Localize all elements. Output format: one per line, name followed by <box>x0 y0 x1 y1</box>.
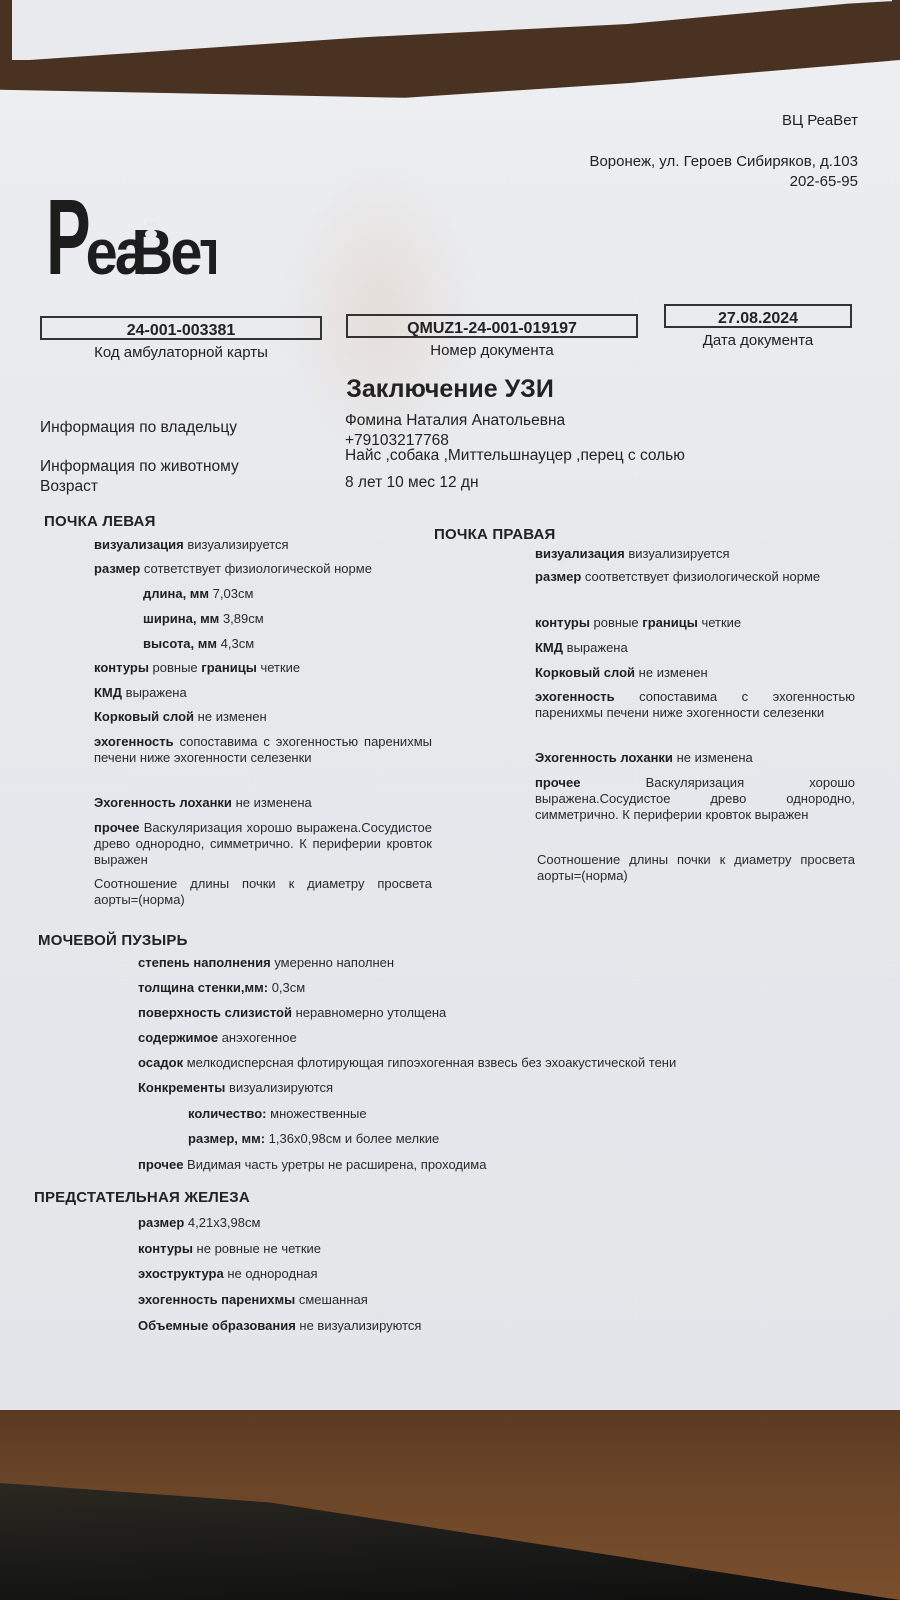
kidney-left-row: визуализация визуализируется <box>94 537 289 553</box>
row-value: 0,3см <box>272 980 306 995</box>
row-key: Эхогенность лоханки <box>535 750 673 765</box>
row-key: содержимое <box>138 1030 218 1045</box>
row-key: степень наполнения <box>138 955 271 970</box>
row-key: длина, мм <box>143 586 209 601</box>
row-key: размер <box>535 569 581 584</box>
row-key: контуры <box>138 1241 193 1256</box>
bladder-row: прочее Видимая часть уретры не расширена… <box>138 1157 486 1173</box>
kidney-right-row: контуры ровные границы четкие <box>535 615 741 631</box>
kidney-left-heading: ПОЧКА ЛЕВАЯ <box>44 513 156 530</box>
kidney-right-row: размер соответствует физиологической нор… <box>535 569 855 585</box>
background-sheet <box>12 0 892 60</box>
kidney-right-heading: ПОЧКА ПРАВАЯ <box>434 526 556 543</box>
row-value: не однородная <box>227 1266 317 1281</box>
row-value: Васкуляризация хорошо выражена.Сосудисто… <box>535 775 855 822</box>
row-key: Корковый слой <box>535 665 635 680</box>
row-value: Васкуляризация хорошо выражена.Сосудисто… <box>94 820 432 867</box>
row-value: выражена <box>126 685 187 700</box>
kidney-left-row: Корковый слой не изменен <box>94 709 267 725</box>
kidney-left-row: контуры ровные границы четкие <box>94 660 300 676</box>
row-value: ровные <box>153 660 198 675</box>
row-key: эхогенность паренихмы <box>138 1292 295 1307</box>
row-key: КМД <box>94 685 122 700</box>
kidney-right-row: Корковый слой не изменен <box>535 665 708 681</box>
clinic-phone: 202-65-95 <box>589 172 858 192</box>
row-key: эхогенность <box>94 734 174 749</box>
kidney-right-row: КМД выражена <box>535 640 628 656</box>
clinic-address: Воронеж, ул. Героев Сибиряков, д.103 <box>589 152 858 172</box>
row-value: соответствует физиологической норме <box>585 569 820 584</box>
prostate-heading: ПРЕДСТАТЕЛЬНАЯ ЖЕЛЕЗА <box>34 1189 250 1206</box>
row-key: прочее <box>94 820 139 835</box>
kidney-left-row: длина, мм 7,03см <box>143 586 253 602</box>
kidney-left-row: размер сответствует физиологической норм… <box>94 561 372 577</box>
row-value: не изменен <box>639 665 708 680</box>
row-key: размер <box>138 1215 184 1230</box>
row-value: не изменена <box>677 750 753 765</box>
row-value: визуализируется <box>628 546 729 561</box>
row-value: 1,36х0,98см и более мелкие <box>269 1131 440 1146</box>
animal-label: Информация по животному <box>40 457 239 477</box>
document-date-value: 27.08.2024 <box>664 304 852 328</box>
row-value: четкие <box>701 615 741 630</box>
clinic-logo: Р еа Вет <box>46 186 216 283</box>
document-date-label: Дата документа <box>664 332 852 349</box>
row-key: прочее <box>138 1157 183 1172</box>
kidney-left-row: прочее Васкуляризация хорошо выражена.Со… <box>94 820 432 868</box>
row-key: осадок <box>138 1055 183 1070</box>
row-value: 7,03см <box>213 586 254 601</box>
prostate-row: контуры не ровные не четкие <box>138 1241 321 1257</box>
kidney-left-row: высота, мм 4,3см <box>143 636 254 652</box>
row-key: прочее <box>535 775 580 790</box>
row-value: не изменена <box>236 795 312 810</box>
row-key: количество: <box>188 1106 267 1121</box>
row-key: границы <box>201 660 257 675</box>
age-value: 8 лет 10 мес 12 дн <box>345 473 479 493</box>
bladder-row: осадок мелкодисперсная флотирующая гипоэ… <box>138 1055 676 1071</box>
row-value: анэхогенное <box>222 1030 297 1045</box>
kidney-right-row: эхогенность сопоставима с эхогенностью п… <box>535 689 855 721</box>
row-key: размер <box>94 561 140 576</box>
row-value: множественные <box>270 1106 367 1121</box>
bladder-row: количество: множественные <box>188 1106 367 1122</box>
row-key: Эхогенность лоханки <box>94 795 232 810</box>
row-value: выражена <box>567 640 628 655</box>
clinic-contacts: Воронеж, ул. Героев Сибиряков, д.103 202… <box>589 152 858 192</box>
owner-name: Фомина Наталия Анатольевна <box>345 411 565 431</box>
page-title: Заключение УЗИ <box>0 375 900 404</box>
row-value: четкие <box>260 660 300 675</box>
logo-graphic: Р еа Вет <box>46 186 216 278</box>
row-value: мелкодисперсная флотирующая гипоэхогенна… <box>187 1055 677 1070</box>
field-document-number: QMUZ1-24-001-019197 Номер документа <box>346 314 638 359</box>
bladder-row: степень наполнения умеренно наполнен <box>138 955 394 971</box>
row-value: визуализируются <box>229 1080 333 1095</box>
row-key: визуализация <box>535 546 625 561</box>
prostate-row: Объемные образования не визуализируются <box>138 1318 421 1334</box>
animal-value: Найс ,собака ,Миттельшнауцер ,перец с со… <box>345 446 685 466</box>
row-value: умеренно наполнен <box>274 955 394 970</box>
bladder-row: толщина стенки,мм: 0,3см <box>138 980 305 996</box>
bladder-row: поверхность слизистой неравномерно утолщ… <box>138 1005 446 1021</box>
row-value: смешанная <box>299 1292 368 1307</box>
kidney-left-row: ширина, мм 3,89см <box>143 611 264 627</box>
row-value: не ровные не четкие <box>197 1241 321 1256</box>
prostate-row: эхоструктура не однородная <box>138 1266 318 1282</box>
svg-text:Р: Р <box>46 186 91 278</box>
row-value: неравномерно утолщена <box>296 1005 447 1020</box>
row-key: поверхность слизистой <box>138 1005 292 1020</box>
row-value: визуализируется <box>187 537 288 552</box>
row-key: эхоструктура <box>138 1266 224 1281</box>
row-key: эхогенность <box>535 689 615 704</box>
row-key: визуализация <box>94 537 184 552</box>
kidney-right-row: визуализация визуализируется <box>535 546 730 562</box>
card-code-label: Код амбулаторной карты <box>40 344 322 361</box>
bladder-row: размер, мм: 1,36х0,98см и более мелкие <box>188 1131 439 1147</box>
kidney-right-row: прочее Васкуляризация хорошо выражена.Со… <box>535 775 855 823</box>
row-key: контуры <box>535 615 590 630</box>
row-key: Объемные образования <box>138 1318 296 1333</box>
row-value: Соотношение длины почки к диаметру просв… <box>537 852 855 883</box>
row-key: КМД <box>535 640 563 655</box>
document-number-label: Номер документа <box>346 342 638 359</box>
bladder-row: содержимое анэхогенное <box>138 1030 297 1046</box>
prostate-row: эхогенность паренихмы смешанная <box>138 1292 368 1308</box>
field-document-date: 27.08.2024 Дата документа <box>664 304 852 349</box>
row-key: размер, мм: <box>188 1131 265 1146</box>
kidney-right-row: Соотношение длины почки к диаметру просв… <box>537 852 855 884</box>
kidney-left-row: Эхогенность лоханки не изменена <box>94 795 312 811</box>
kidney-left-row: Соотношение длины почки к диаметру просв… <box>94 876 432 908</box>
owner-details: Фомина Наталия Анатольевна +79103217768 <box>345 411 565 451</box>
bladder-row: Конкременты визуализируются <box>138 1080 333 1096</box>
row-key: контуры <box>94 660 149 675</box>
owner-label: Информация по владельцу <box>40 418 237 438</box>
row-value: не визуализируются <box>299 1318 421 1333</box>
document-number-value: QMUZ1-24-001-019197 <box>346 314 638 338</box>
kidney-right-row: Эхогенность лоханки не изменена <box>535 750 753 766</box>
bladder-heading: МОЧЕВОЙ ПУЗЫРЬ <box>38 932 188 949</box>
row-value: сответствует физиологической норме <box>144 561 372 576</box>
row-key: границы <box>642 615 698 630</box>
row-value: 4,21х3,98см <box>188 1215 261 1230</box>
prostate-row: размер 4,21х3,98см <box>138 1215 260 1231</box>
row-value: Соотношение длины почки к диаметру просв… <box>94 876 432 907</box>
row-key: высота, мм <box>143 636 217 651</box>
field-card-code: 24-001-003381 Код амбулаторной карты <box>40 316 322 361</box>
row-value: ровные <box>594 615 639 630</box>
age-label: Возраст <box>40 477 98 497</box>
card-code-value: 24-001-003381 <box>40 316 322 340</box>
clinic-name: ВЦ РеаВет <box>782 112 858 129</box>
kidney-left-row: эхогенность сопоставима с эхогенностью п… <box>94 734 432 766</box>
row-value: не изменен <box>198 709 267 724</box>
row-key: толщина стенки,мм: <box>138 980 268 995</box>
row-value: Видимая часть уретры не расширена, прохо… <box>187 1157 486 1172</box>
row-value: 3,89см <box>223 611 264 626</box>
row-key: Корковый слой <box>94 709 194 724</box>
row-value: 4,3см <box>221 636 255 651</box>
row-key: Конкременты <box>138 1080 225 1095</box>
kidney-left-row: КМД выражена <box>94 685 187 701</box>
row-key: ширина, мм <box>143 611 219 626</box>
